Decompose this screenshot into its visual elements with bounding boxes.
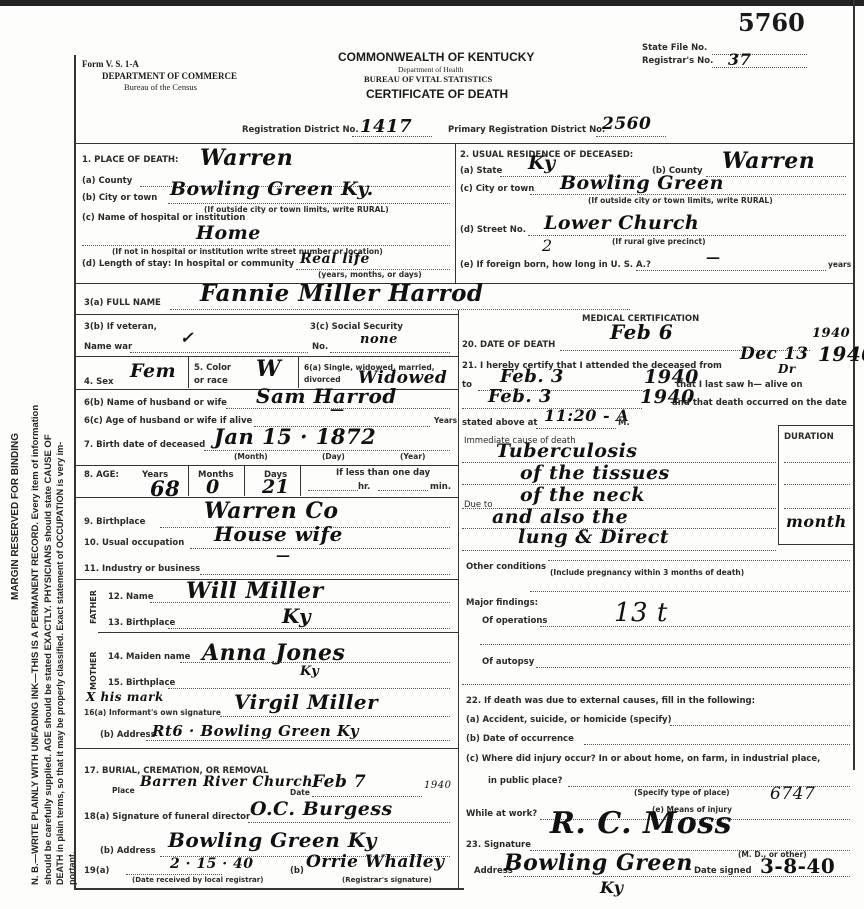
place-hospital-line [82,245,450,246]
death-date-year: 1940 [812,326,850,341]
last-saw-value: Feb. 3 [488,386,552,407]
residence-foreign-unit: years [828,260,851,269]
father-name-line [150,602,450,603]
age-label: 8. AGE: [84,470,119,480]
state-title: COMMONWEALTH OF KENTUCKY [338,50,534,64]
birth-year-note: (Year) [400,452,425,461]
war-line [130,352,308,353]
occurred-label: and that death occurred on the date [672,398,847,408]
header-divider [74,143,854,144]
physician-signature: R. C. Moss [550,806,732,841]
father-birth-line [168,628,450,629]
death-time-line [536,428,616,429]
occurrence-line [584,744,850,745]
received-value: 2 · 15 · 40 [170,856,253,872]
physician-address-value-2: Ky [600,878,623,897]
department-label: DEPARTMENT OF COMMERCE [102,71,237,81]
registrar-no-line [712,67,807,68]
father-divider [98,632,458,633]
war-label: Name war [84,342,132,352]
full-name-label: 3(a) FULL NAME [84,298,161,308]
certificate-title: CERTIFICATE OF DEATH [366,87,508,101]
place-county-value: Warren [200,145,293,171]
place-stay-note: (years, months, or days) [318,270,422,279]
residence-foreign-value: — [706,250,721,266]
industry-value: — [276,548,291,564]
death-time-value: 11:20 - A [544,406,629,425]
full-name-value: Fannie Miller Harrod [200,280,484,307]
operations-line [540,626,850,627]
war-value: ✓ [180,328,194,347]
burial-date-line [312,796,422,797]
burial-date-value: Feb 7 [312,772,366,792]
age-days-divider [300,466,301,496]
physician-signature-label: 23. Signature [466,840,531,850]
margin-instruction-line2: should be carefully supplied. AGE should… [43,434,54,885]
veteran-label: 3(b) If veteran, [84,322,157,332]
sex-divider [188,356,189,388]
director-label: 18(a) Signature of funeral director [84,812,250,822]
scan-top-edge [0,0,864,6]
duration-label: DURATION [784,432,834,442]
state-file-line [712,54,807,55]
informant-label: 16(a) Informant's own signature [84,708,221,717]
accident-line [670,725,850,726]
father-birth-value: Ky [282,604,311,628]
received-line [126,874,222,875]
full-name-line [170,309,630,310]
burial-place-label: Place [112,786,135,795]
death-date-value: Feb 6 [610,320,673,344]
informant-address-label: (b) Address [100,730,156,740]
place-stay-label: (d) Length of stay: In hospital or commu… [82,259,294,269]
burial-place-value: Barren River Church [140,774,313,790]
bureau-vital-label: BUREAU OF VITAL STATISTICS [364,74,492,84]
main-column-divider [458,310,459,888]
attend-to-value: Feb. 3 [500,366,564,387]
while-at-work-label: While at work? [466,809,537,819]
place-hospital-value: Home [196,222,261,244]
birth-date-value: Jan 15 · 1872 [214,424,376,449]
mother-birth-value: Ky [300,664,319,679]
birthplace-value: Warren Co [204,498,339,524]
residence-street-extra: 2 [542,236,553,255]
mother-name-label: 14. Maiden name [108,652,190,662]
sex-value: Fem [130,360,176,382]
age-days-value: 21 [262,476,289,498]
operations-label: Of operations [482,616,547,626]
industry-label: 11. Industry or business [84,564,200,574]
form-left-border [74,55,76,890]
autopsy-line [536,667,850,668]
residence-street-note: (If rural give precinct) [612,237,706,246]
margin-instruction-line1: N. B.—WRITE PLAINLY WITH UNFADING INK—TH… [30,405,41,885]
place-city-label: (b) City or town [82,193,157,203]
attend-from-year: 1940 [818,342,864,366]
father-name-value: Will Miller [186,578,324,604]
death-time-unit: M. [618,418,630,428]
residence-state-value: Ky [528,152,556,174]
attend-from-note: Dr [778,362,796,376]
husband-label: 6(b) Name of husband or wife [84,398,227,408]
operations-value: 13 t [614,598,668,628]
dept-health-label: Department of Health [398,65,463,74]
cause-line-2-value: of the tissues [520,462,670,484]
birthplace-label: 9. Birthplace [84,517,145,527]
cause-line-5 [462,550,776,551]
residence-city-line [530,194,846,195]
age-years-divider [188,466,189,496]
place-city-value: Bowling Green Ky. [170,178,374,200]
sex-label: 4. Sex [84,377,113,387]
external-causes-label: 22. If death was due to external causes,… [466,696,755,706]
age-months-value: 0 [206,476,220,498]
cause-line-1-value: Tuberculosis [496,440,637,462]
place-of-death-heading: 1. PLACE OF DEATH: [82,155,178,165]
findings-top-line [530,591,850,592]
margin-reserved-label: MARGIN RESERVED FOR BINDING [10,433,21,600]
place-county-label: (a) County [82,176,132,186]
director-line [248,822,450,823]
informant-divider [74,748,458,749]
operations-line-2 [480,644,850,645]
registrar-signature-note: (Registrar's signature) [342,876,432,884]
industry-line [200,574,450,575]
margin-instruction-line3: DEATH in plain terms, so that it may be … [55,442,65,885]
residence-county-value: Warren [722,148,815,174]
residence-city-label: (c) City or town [460,184,534,194]
other-conditions-line [548,560,850,561]
husband-value: Sam Harrod [256,384,397,408]
full-name-divider [74,314,458,315]
registrar-signature: Orrie Whalley [306,852,445,872]
duration-line-2 [784,484,850,485]
autopsy-label: Of autopsy [482,657,534,667]
occupation-value: House wife [214,522,343,546]
primary-district-value: 2560 [602,114,651,134]
other-conditions-label: Other conditions [466,562,546,572]
state-file-label: State File No. [642,43,707,53]
occurrence-label: (b) Date of occurrence [466,734,574,744]
informant-line [220,716,450,717]
duration-value: month [786,512,847,531]
other-conditions-note: (Include pregnancy within 3 months of de… [550,568,744,577]
attend-from-value: Dec 13 [740,344,809,364]
husband-age-value: — [330,402,345,418]
residence-city-value: Bowling Green [560,172,724,194]
age-min-line [378,490,428,491]
top-column-divider [455,143,456,283]
father-birth-label: 13. Birthplace [108,618,175,628]
color-value: W [256,356,281,382]
residence-county-line [706,176,846,177]
registrar-no-label: Registrar's No. [642,56,713,66]
reg-district-label: Registration District No. [242,125,359,135]
primary-district-line [596,136,666,137]
attend-to-label: to [462,380,472,390]
cause-line-3-value: of the neck [520,484,645,506]
burial-date-label: Date [290,788,310,797]
birth-day-note: (Day) [322,452,345,461]
age-hr-unit: hr. [358,482,370,492]
mother-name-line [180,662,450,663]
major-findings-label: Major findings: [466,598,538,608]
form-right-border [853,0,855,770]
registrar-no-value: 37 [728,50,751,69]
occupation-label: 10. Usual occupation [84,538,184,548]
director-address-value: Bowling Green Ky [168,828,377,852]
place-stay-value: Real life [300,251,370,267]
age-hr-line [308,490,358,491]
stated-label: stated above at [462,418,537,428]
duration-line-1 [784,462,850,463]
birth-date-line [204,450,450,451]
registrar-signature-label: (b) [290,866,304,876]
color-label: 5. Color or race [194,362,236,388]
residence-foreign-line [636,270,826,271]
bureau-census-label: Bureau of the Census [124,82,197,92]
cause-line-4-value: and also the [492,506,628,528]
form-number: Form V. S. 1-A [82,59,139,69]
informant-address-value: Rt6 · Bowling Green Ky [152,722,359,740]
birth-divider [74,465,458,466]
date-signed-value: 3-8-40 [760,854,835,878]
birth-date-label: 7. Birth date of deceased [84,440,205,450]
form-bottom-border [74,888,464,890]
autopsy-line-2 [462,684,850,685]
received-note: (Date received by local registrar) [132,876,263,884]
residence-city-note: (If outside city or town limits, write R… [588,196,773,205]
public-place-label: in public place? [488,776,562,786]
informant-address-line [146,740,450,741]
occupation-line [190,548,450,549]
father-tag: FATHER [89,590,98,624]
informant-mark: X his mark [86,690,164,704]
received-label: 19(a) [84,866,109,876]
age-min-unit: min. [430,482,451,492]
residence-state-label: (a) State [460,166,502,176]
physician-address-value: Bowling Green [504,850,693,876]
due-to-label: Due to [464,500,492,510]
mother-tag: MOTHER [89,651,98,690]
husband-age-unit: Years [434,416,457,425]
director-address-label: (b) Address [100,846,156,856]
place-city-line [168,203,450,204]
ss-label: 3(c) Social Security [310,322,403,332]
age-less-label: If less than one day [336,468,430,478]
burial-date-year: 1940 [424,780,451,791]
stamp-number: 5760 [738,8,805,37]
residence-street-value: Lower Church [544,212,699,234]
residence-foreign-label: (e) If foreign born, how long in U. S. A… [460,260,651,270]
ss-no-label: No. [312,342,328,352]
residence-street-line [528,235,846,236]
mother-birth-label: 15. Birthplace [108,678,175,688]
director-signature: O.C. Burgess [250,798,393,820]
primary-district-label: Primary Registration District No. [448,125,605,135]
ss-line [330,352,450,353]
cause-line-5-value: lung & Direct [518,526,669,548]
informant-signature: Virgil Miller [234,690,378,714]
duration-line-3 [784,508,850,509]
means-extra-number: 6747 [770,784,815,804]
age-months-divider [244,466,245,496]
date-signed-label: Date signed [694,866,752,876]
public-place-note: (Specify type of place) [634,788,730,797]
birth-month-note: (Month) [234,452,268,461]
accident-label: (a) Accident, suicide, or homicide (spec… [466,715,671,725]
ss-value: none [360,332,398,347]
residence-street-label: (d) Street No. [460,225,526,235]
last-saw-label: that I last saw h— alive on [676,380,803,390]
mother-birth-line [168,688,450,689]
where-injury-label: (c) Where did injury occur? In or about … [466,754,820,764]
reg-district-value: 1417 [360,116,412,137]
death-date-label: 20. DATE OF DEATH [462,340,555,350]
father-name-label: 12. Name [108,592,154,602]
